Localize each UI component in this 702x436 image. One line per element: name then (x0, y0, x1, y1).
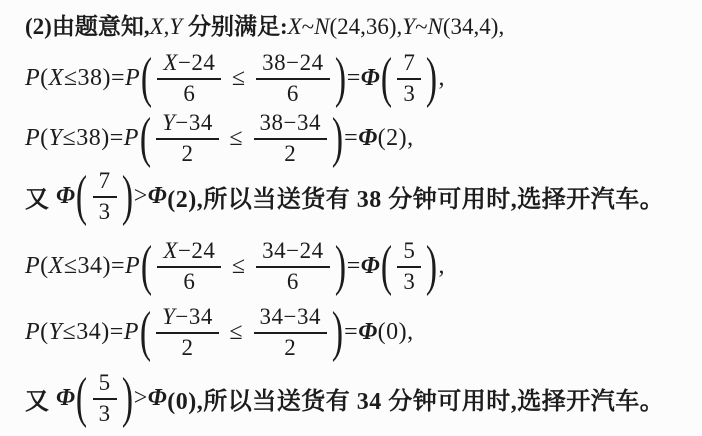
solution-intro-line: (2)由题意知,X,Y 分别满足:X~N(24,36),Y~N(34,4), (25, 10, 696, 44)
fraction: 38−246 (256, 50, 329, 107)
big-left-paren: ( (381, 242, 392, 290)
math-text: 3 (99, 199, 111, 225)
math-variable: N (428, 10, 443, 44)
conclusion-line-34-min: 又 Φ(53)>Φ(0),所以当送货有 34 分钟可用时,选择开汽车。 (25, 370, 696, 426)
math-variable: Φ (358, 319, 377, 346)
math-text: ≤38)= (64, 65, 125, 92)
math-text: −34 (175, 304, 212, 330)
math-variable: Φ (361, 253, 380, 280)
math-text: 2 (181, 141, 193, 167)
math-text: 又 (25, 381, 56, 416)
conclusion-line-38-min: 又 Φ(73)>Φ(2),所以当送货有 38 分钟可用时,选择开汽车。 (25, 168, 696, 224)
fraction-denominator: 3 (99, 198, 111, 225)
fraction-numerator: X−24 (157, 50, 221, 80)
math-text: , (439, 253, 446, 280)
math-text: −34 (175, 110, 212, 136)
document-page: (2)由题意知,X,Y 分别满足:X~N(24,36),Y~N(34,4), P… (0, 0, 702, 436)
fraction-numerator: 34−34 (254, 304, 327, 334)
fraction-denominator: 2 (284, 334, 296, 361)
fraction-denominator: 3 (99, 400, 111, 427)
fraction: X−246 (157, 238, 221, 295)
math-text: = (344, 125, 358, 152)
math-text: −24 (178, 50, 215, 76)
math-text: 2 (181, 335, 193, 361)
math-variable: P (25, 65, 40, 92)
math-text: ( (40, 253, 49, 280)
math-text: (24,36), (329, 10, 402, 44)
fraction-numerator: Y−34 (156, 304, 219, 334)
math-variable: Φ (148, 183, 167, 210)
math-text: 6 (287, 81, 299, 107)
fraction: X−246 (157, 50, 221, 107)
math-text: ≤ (225, 65, 252, 92)
math-variable: Φ (56, 385, 75, 412)
math-text: ≤ (223, 319, 250, 346)
math-text: −24 (178, 238, 215, 264)
fraction-denominator: 2 (181, 334, 193, 361)
math-text: 6 (183, 269, 195, 295)
math-text: 5 (99, 370, 111, 396)
math-variable: X (150, 10, 164, 44)
math-variable: P (124, 319, 139, 346)
big-right-paren: ) (332, 308, 343, 356)
math-variable: X (163, 238, 178, 264)
fraction-denominator: 2 (181, 140, 193, 167)
fraction: 38−342 (254, 110, 327, 167)
math-text: ≤38)= (63, 125, 124, 152)
math-text: ( (40, 319, 49, 346)
math-variable: X (49, 253, 64, 280)
math-text: 又 (25, 179, 56, 214)
math-text: 5 (403, 238, 415, 264)
fraction-denominator: 3 (403, 80, 415, 107)
fraction-numerator: X−24 (157, 238, 221, 268)
fraction: Y−342 (156, 110, 219, 167)
math-text: , (439, 65, 446, 92)
big-left-paren: ( (140, 308, 151, 356)
math-variable: P (125, 253, 140, 280)
math-variable: X (163, 50, 178, 76)
formula-line-py-le-38: P(Y≤38)=P(Y−342 ≤ 38−342)=Φ(2), (25, 110, 696, 166)
fraction-numerator: 7 (397, 50, 421, 80)
math-text: (2),所以当送货有 38 分钟可用时,选择开汽车。 (167, 179, 664, 214)
big-left-paren: ( (76, 172, 87, 220)
math-text: = (347, 65, 361, 92)
math-text: 2 (284, 141, 296, 167)
math-text: > (134, 183, 148, 210)
big-left-paren: ( (140, 114, 151, 162)
math-text: > (134, 385, 148, 412)
math-variable: X (288, 10, 302, 44)
math-text: (2)由题意知, (25, 10, 150, 44)
math-text: 6 (183, 81, 195, 107)
fraction-denominator: 6 (183, 80, 195, 107)
math-text: 2 (284, 335, 296, 361)
big-right-paren: ) (121, 172, 132, 220)
formula-line-px-le-38: P(X≤38)=P(X−246 ≤ 38−246)=Φ(73), (25, 50, 696, 106)
fraction-numerator: 38−24 (256, 50, 329, 80)
fraction-numerator: 5 (93, 370, 117, 400)
big-left-paren: ( (76, 374, 87, 422)
fraction: 34−246 (256, 238, 329, 295)
big-right-paren: ) (332, 114, 343, 162)
big-right-paren: ) (426, 54, 437, 102)
math-variable: P (25, 125, 40, 152)
math-variable: Φ (56, 183, 75, 210)
math-text: 3 (99, 401, 111, 427)
big-right-paren: ) (334, 242, 345, 290)
math-variable: P (124, 125, 139, 152)
formula-line-px-le-34: P(X≤34)=P(X−246 ≤ 34−246)=Φ(53), (25, 238, 696, 294)
fraction-denominator: 2 (284, 140, 296, 167)
fraction: Y−342 (156, 304, 219, 361)
math-variable: X (49, 65, 64, 92)
fraction-numerator: 34−24 (256, 238, 329, 268)
fraction-numerator: 5 (397, 238, 421, 268)
math-text: 7 (403, 50, 415, 76)
fraction-denominator: 6 (183, 268, 195, 295)
fraction-numerator: Y−34 (156, 110, 219, 140)
fraction: 53 (397, 238, 421, 295)
math-text: 分别满足: (182, 10, 287, 44)
math-text: ( (40, 125, 49, 152)
math-variable: Y (49, 319, 63, 346)
fraction-denominator: 6 (287, 268, 299, 295)
math-variable: Y (162, 110, 175, 136)
math-text: 38−34 (260, 110, 321, 136)
fraction-denominator: 6 (287, 80, 299, 107)
fraction: 73 (397, 50, 421, 107)
math-text: (0),所以当送货有 34 分钟可用时,选择开汽车。 (167, 381, 664, 416)
formula-line-py-le-34: P(Y≤34)=P(Y−342 ≤ 34−342)=Φ(0), (25, 304, 696, 360)
fraction-denominator: 3 (403, 268, 415, 295)
math-variable: Y (49, 125, 63, 152)
math-text: ≤ (225, 253, 252, 280)
math-text: 38−24 (262, 50, 323, 76)
fraction-numerator: 38−34 (254, 110, 327, 140)
big-left-paren: ( (381, 54, 392, 102)
math-text: ~ (302, 10, 314, 44)
fraction-numerator: 7 (93, 168, 117, 198)
math-text: 34−34 (260, 304, 321, 330)
math-variable: N (314, 10, 329, 44)
math-text: 3 (403, 81, 415, 107)
math-variable: Φ (148, 385, 167, 412)
fraction: 73 (93, 168, 117, 225)
big-right-paren: ) (426, 242, 437, 290)
fraction: 53 (93, 370, 117, 427)
math-variable: Φ (361, 65, 380, 92)
big-left-paren: ( (141, 242, 152, 290)
big-right-paren: ) (334, 54, 345, 102)
big-right-paren: ) (121, 374, 132, 422)
math-variable: Y (402, 10, 415, 44)
math-variable: Φ (358, 125, 377, 152)
math-variable: P (25, 319, 40, 346)
math-text: 3 (403, 269, 415, 295)
math-text: = (347, 253, 361, 280)
math-text: 6 (287, 269, 299, 295)
math-text: ≤34)= (63, 319, 124, 346)
math-text: 7 (99, 168, 111, 194)
math-variable: Y (162, 304, 175, 330)
math-text: ~ (415, 10, 427, 44)
math-text: 34−24 (262, 238, 323, 264)
math-text: ≤ (223, 125, 250, 152)
fraction: 34−342 (254, 304, 327, 361)
math-variable: Y (169, 10, 182, 44)
big-left-paren: ( (141, 54, 152, 102)
math-text: (2), (378, 125, 414, 152)
math-variable: P (25, 253, 40, 280)
math-text: = (344, 319, 358, 346)
math-variable: P (125, 65, 140, 92)
math-text: (0), (378, 319, 414, 346)
math-text: ( (40, 65, 49, 92)
math-text: (34,4), (443, 10, 504, 44)
math-text: ≤34)= (64, 253, 125, 280)
